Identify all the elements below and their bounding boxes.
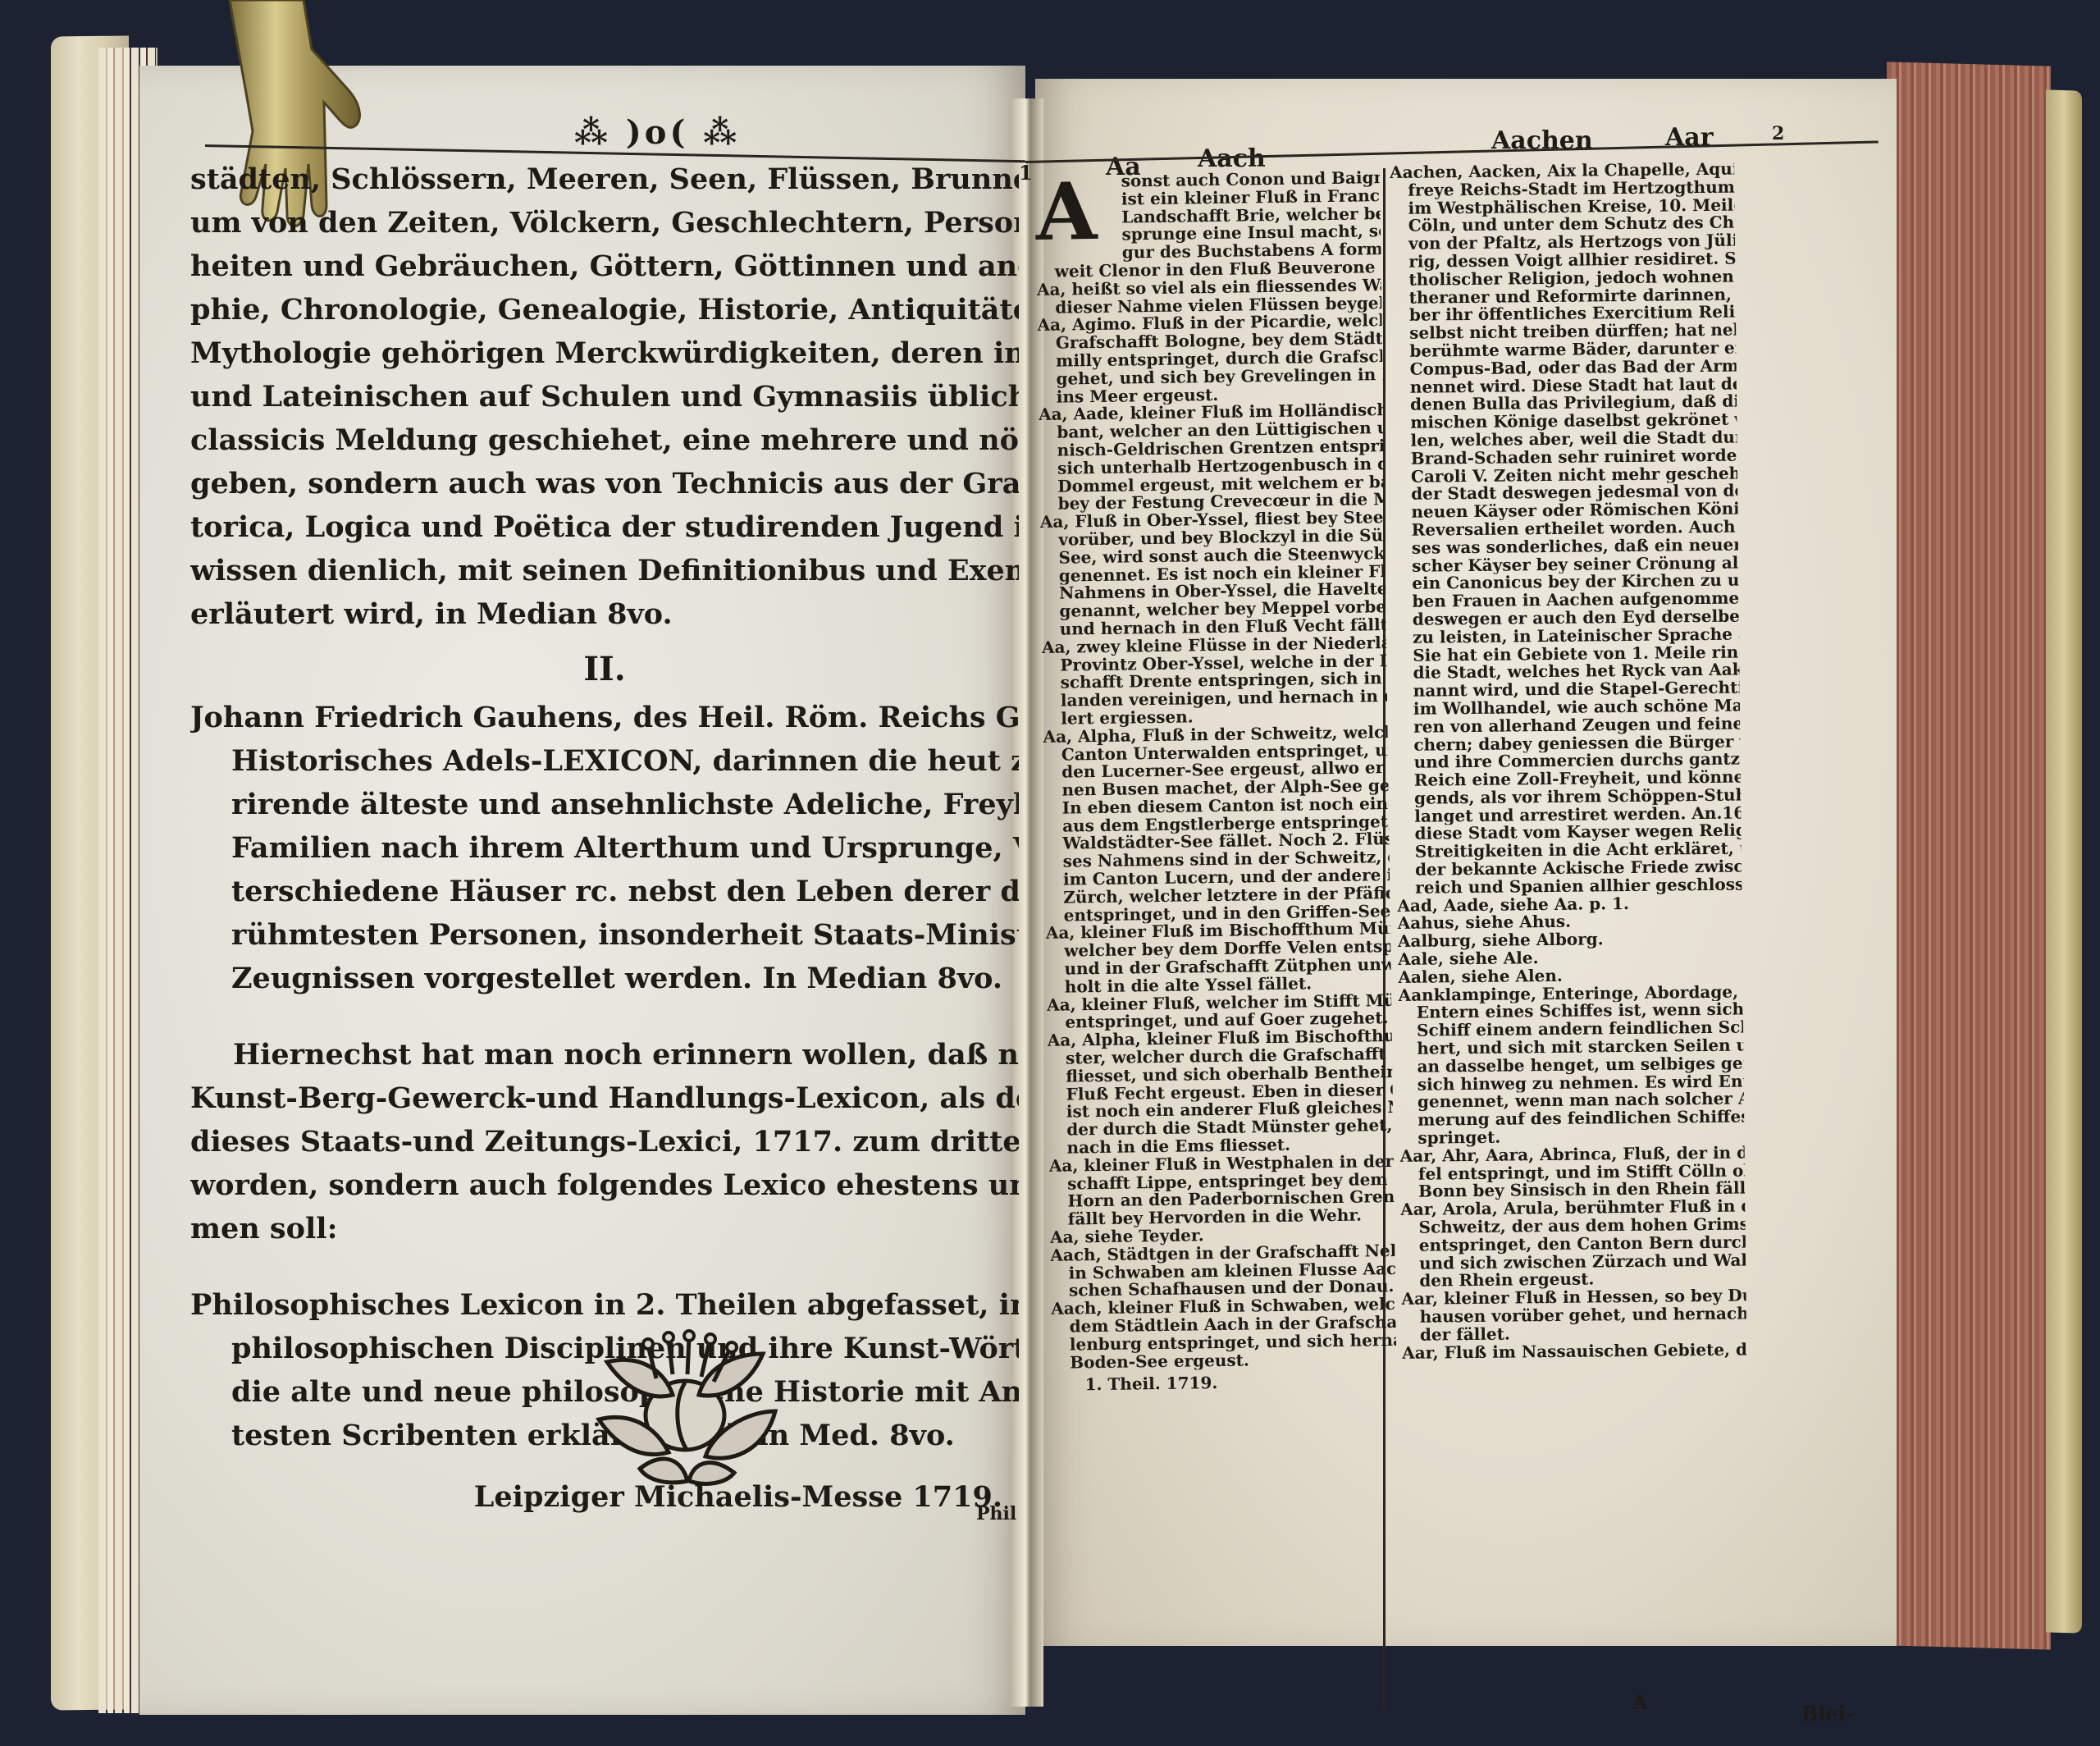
catchword-right: Blei-	[1801, 1702, 1854, 1725]
text-line: um von den Zeiten, Völckern, Geschlechte…	[190, 201, 1019, 245]
column-1-entries: sonst auch Conon und Baignon genannt,ist…	[1035, 169, 1396, 1372]
drop-cap: A	[1035, 176, 1098, 248]
text-line: men soll:	[190, 1207, 1019, 1250]
section-number: II.	[190, 647, 1019, 691]
column-2-entries: Aachen, Aacken, Aix la Chapelle, Aquisgr…	[1390, 161, 1746, 1363]
text-line: torica, Logica und Poëtica der studirend…	[190, 505, 1019, 549]
text-line: Mythologie gehörigen Merckwürdigkeiten, …	[190, 331, 1019, 375]
book-cover-right	[2046, 89, 2082, 1633]
text-line: Historisches Adels-LEXICON, darinnen die…	[190, 739, 1019, 783]
text-line: classicis Meldung geschiehet, eine mehre…	[190, 418, 1019, 462]
paragraph-lexicon-description: städten, Schlössern, Meeren, Seen, Flüss…	[190, 158, 1019, 636]
dictionary-column-2: Aachen, Aacken, Aix la Chapelle, Aquisgr…	[1390, 161, 1746, 1363]
text-line: phie, Chronologie, Genealogie, Historie,…	[190, 288, 1019, 331]
text-line: terschiedene Häuser rc. nebst den Leben …	[190, 870, 1019, 913]
red-fore-edge	[1887, 62, 2051, 1649]
page-number-2: 2	[1772, 123, 1784, 144]
paragraph-announcement: Hiernechst hat man noch erinnern wollen,…	[190, 1033, 1019, 1250]
text-line: und Lateinischen auf Schulen und Gymnasi…	[190, 375, 1019, 418]
dictionary-column-1: A sonst auch Conon und Baignon genannt,i…	[1035, 169, 1397, 1395]
paragraph-adels-lexicon: Johann Friedrich Gauhens, des Heil. Röm.…	[190, 696, 1019, 1000]
flower-woodcut-ornament-icon	[591, 1329, 779, 1493]
text-line: geben, sondern auch was von Technicis au…	[190, 462, 1019, 505]
dictionary-entry-headword-line: Aar, Fluß im Nassauischen Gebiete, der b…	[1402, 1341, 1746, 1362]
entry-continuation-line: und sich zwischen Zürzach und Waldshut i…	[1401, 1251, 1746, 1273]
text-line: erläutert wird, in Median 8vo.	[190, 592, 1019, 636]
signature-mark: A	[1632, 1690, 1648, 1714]
text-line: Familien nach ihrem Alterthum und Urspru…	[190, 826, 1019, 870]
left-page-body: städten, Schlössern, Meeren, Seen, Flüss…	[190, 158, 1019, 1519]
text-line: worden, sondern auch folgendes Lexico eh…	[190, 1163, 1019, 1207]
text-line: städten, Schlössern, Meeren, Seen, Flüss…	[190, 158, 1019, 201]
text-line: rirende älteste und ansehnlichste Adelic…	[190, 783, 1019, 826]
catchword-left: Phil	[976, 1503, 1016, 1524]
text-line: Johann Friedrich Gauhens, des Heil. Röm.…	[190, 696, 1019, 739]
text-line: heiten und Gebräuchen, Göttern, Göttinne…	[190, 245, 1019, 288]
entry-continuation-line: reich und Spanien allhier geschlossen.	[1397, 875, 1742, 897]
text-line: Kunst-Berg-Gewerck-und Handlungs-Lexicon…	[190, 1076, 1019, 1120]
entry-continuation-line: merung auf des feindlichen Schiffes Boor…	[1399, 1108, 1744, 1130]
text-line: Zeugnissen vorgestellet werden. In Media…	[190, 957, 1019, 1000]
text-line: wissen dienlich, mit seinen Definitionib…	[190, 549, 1019, 592]
page-number-1: 1	[1019, 161, 1033, 185]
text-line: rühmtesten Personen, insonderheit Staats…	[190, 913, 1019, 957]
left-page-header-ornament: ⁂ )o( ⁂	[574, 113, 740, 152]
text-line: Philosophisches Lexicon in 2. Theilen ab…	[190, 1283, 1019, 1327]
text-line: dieses Staats-und Zeitungs-Lexici, 1717.…	[190, 1120, 1019, 1163]
entry-continuation-line: Boden-See ergeust.	[1052, 1350, 1396, 1373]
entry-continuation-line: hausen vorüber gehet, und hernach in die…	[1402, 1305, 1746, 1327]
text-line: Hiernechst hat man noch erinnern wollen,…	[190, 1033, 1019, 1076]
